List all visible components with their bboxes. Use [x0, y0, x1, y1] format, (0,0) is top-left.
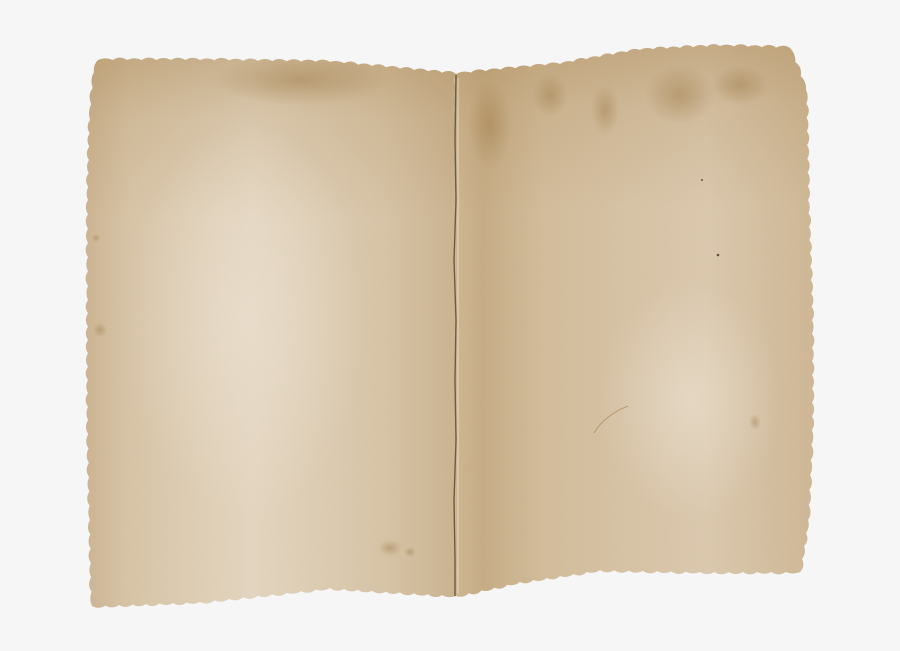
- right-panel: [454, 40, 815, 600]
- left-panel: [80, 50, 460, 610]
- paper-card-illustration: [0, 0, 900, 651]
- scene: [0, 0, 900, 651]
